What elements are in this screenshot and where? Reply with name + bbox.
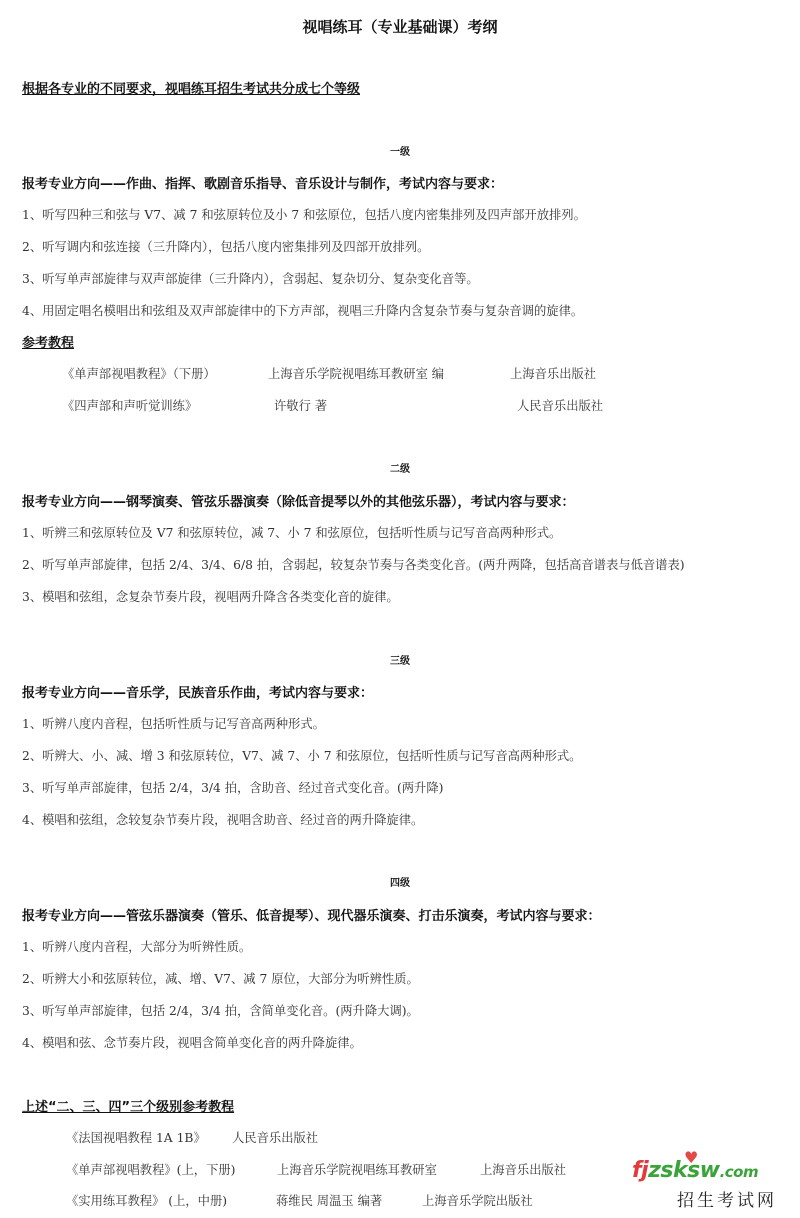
level-1-item: 2、听写调内和弦连接（三升降内），包括八度内密集排列及四部开放排列。 <box>22 237 429 255</box>
level-4-heading: 报考专业方向——管弦乐器演奏（管乐、低音提琴）、现代器乐演奏、打击乐演奏，考试内… <box>22 905 601 924</box>
shared-references-heading: 上述“二、三、四”三个级别参考教程 <box>22 1096 234 1115</box>
level-3-label: 三级 <box>0 652 800 667</box>
level-2-item: 2、听写单声部旋律，包括 2/4、3/4、6/8 拍，含弱起，较复杂节奏与各类变… <box>22 555 685 573</box>
reference-book: 《单声部视唱教程》(上，下册) <box>66 1160 235 1178</box>
level-4-item: 2、听辨大小和弦原转位，减、增、V7、减 7 原位，大部分为听辨性质。 <box>22 969 419 987</box>
reference-publisher: 上海音乐出版社 <box>510 364 596 382</box>
level-2-label: 二级 <box>0 460 800 475</box>
reference-publisher: 上海音乐学院出版社 <box>422 1191 533 1209</box>
document-title: 视唱练耳（专业基础课）考纲 <box>0 16 800 37</box>
level-3-heading: 报考专业方向——音乐学，民族音乐作曲，考试内容与要求： <box>22 682 373 701</box>
intro-statement: 根据各专业的不同要求，视唱练耳招生考试共分成七个等级 <box>22 78 360 97</box>
level-3-item: 1、听辨八度内音程，包括听性质与记写音高两种形式。 <box>22 714 325 732</box>
reference-author: 许敬行 著 <box>274 396 327 414</box>
level-4-label: 四级 <box>0 874 800 889</box>
level-2-heading: 报考专业方向——钢琴演奏、管弦乐器演奏（除低音提琴以外的其他弦乐器），考试内容与… <box>22 491 575 510</box>
level-3-item: 2、听辨大、小、减、增 3 和弦原转位，V7、减 7、小 7 和弦原位，包括听性… <box>22 746 581 764</box>
level-2-item: 1、听辨三和弦原转位及 V7 和弦原转位，减 7、小 7 和弦原位，包括听性质与… <box>22 523 561 541</box>
level-4-item: 3、听写单声部旋律，包括 2/4，3/4 拍，含简单变化音。(两升降大调)。 <box>22 1001 419 1019</box>
level-1-item: 3、听写单声部旋律与双声部旋律（三升降内），含弱起、复杂切分、复杂变化音等。 <box>22 269 479 287</box>
reference-publisher: 人民音乐出版社 <box>517 396 603 414</box>
watermark-subtitle: 招生考试网 <box>677 1186 777 1211</box>
level-4-item: 1、听辨八度内音程，大部分为听辨性质。 <box>22 937 251 955</box>
level-3-item: 4、模唱和弦组，念较复杂节奏片段，视唱含助音、经过音的两升降旋律。 <box>22 810 423 828</box>
reference-publisher: 上海音乐出版社 <box>480 1160 566 1178</box>
site-watermark: ♥ fjzsksw.com 招生考试网 <box>622 1150 792 1214</box>
reference-book: 《单声部视唱教程》（下册） <box>62 364 216 382</box>
reference-book: 《法国视唱教程 1A 1B》 <box>66 1128 206 1146</box>
watermark-brand: fjzsksw.com <box>632 1158 758 1183</box>
level-1-item: 4、用固定唱名模唱出和弦组及双声部旋律中的下方声部，视唱三升降内含复杂节奏与复杂… <box>22 301 583 319</box>
reference-author: 蒋维民 周温玉 编著 <box>276 1191 382 1209</box>
reference-book: 《实用练耳教程》 (上，中册) <box>66 1191 227 1209</box>
reference-author: 上海音乐学院视唱练耳教研室 <box>277 1160 437 1178</box>
level-4-item: 4、模唱和弦、念节奏片段，视唱含简单变化音的两升降旋律。 <box>22 1033 362 1051</box>
level-1-heading: 报考专业方向——作曲、指挥、歌剧音乐指导、音乐设计与制作，考试内容与要求： <box>22 173 503 192</box>
level-1-references-heading: 参考教程 <box>22 332 74 351</box>
level-1-label: 一级 <box>0 143 800 158</box>
reference-publisher: 人民音乐出版社 <box>232 1128 318 1146</box>
reference-author: 上海音乐学院视唱练耳教研室 编 <box>268 364 444 382</box>
level-2-item: 3、模唱和弦组，念复杂节奏片段，视唱两升降含各类变化音的旋律。 <box>22 587 399 605</box>
reference-book: 《四声部和声听觉训练》 <box>62 396 197 414</box>
level-3-item: 3、听写单声部旋律，包括 2/4，3/4 拍，含助音、经过音式变化音。(两升降) <box>22 778 443 796</box>
level-1-item: 1、听写四种三和弦与 V7、减 7 和弦原转位及小 7 和弦原位，包括八度内密集… <box>22 205 586 223</box>
